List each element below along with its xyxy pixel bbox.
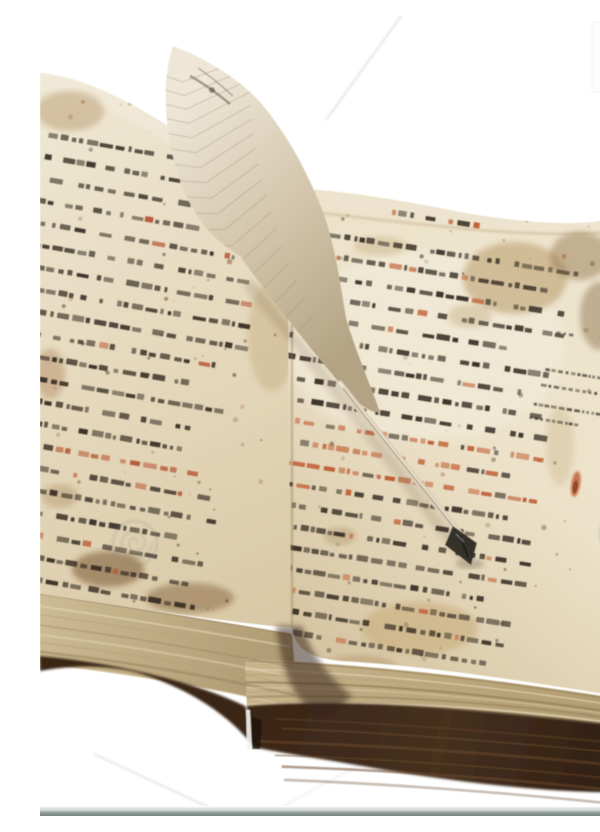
stock-photo-open-manuscript-with-quill <box>40 16 600 816</box>
manuscript-scene <box>40 16 600 816</box>
faint-corner-watermark <box>592 22 600 92</box>
cropped-window-edge-bar <box>40 806 600 816</box>
